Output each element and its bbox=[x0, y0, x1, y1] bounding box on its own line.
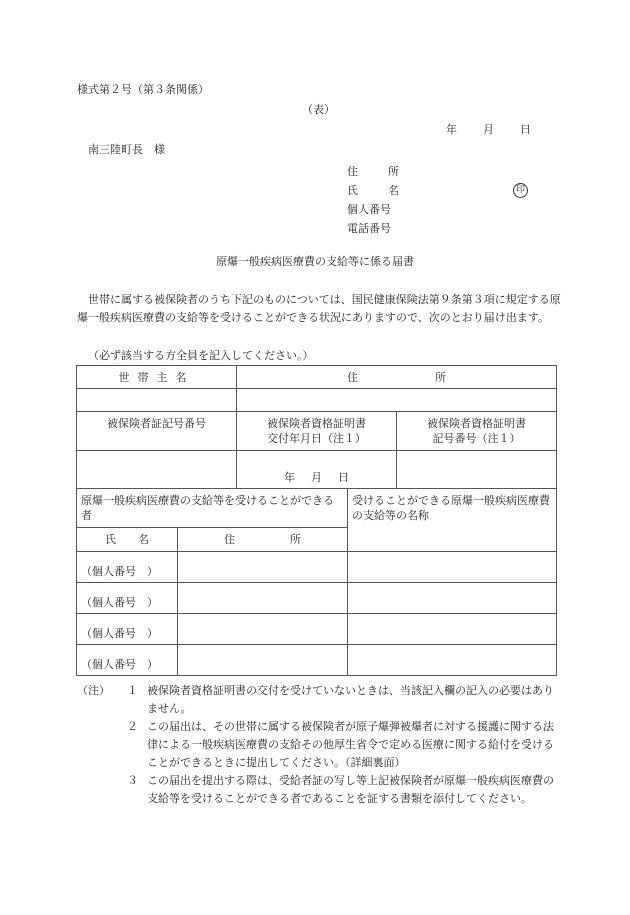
document-title: 原爆一般疾病医療費の支給等に係る届書 bbox=[0, 256, 630, 267]
form-number: 様式第２号（第３条関係） bbox=[77, 84, 209, 95]
person-name-header: 氏 名 bbox=[77, 528, 178, 552]
seal-icon: 印 bbox=[513, 183, 528, 198]
person-address-header: 住 所 bbox=[178, 528, 348, 552]
cert-number-header: 被保険者資格証明書記号番号（注１） bbox=[397, 412, 557, 451]
benefit-name-input[interactable] bbox=[348, 645, 557, 676]
submission-date: 年月日 bbox=[446, 124, 531, 135]
name-label: 氏名 bbox=[347, 185, 399, 196]
side-label: （表） bbox=[302, 104, 335, 115]
address-label: 住所 bbox=[347, 166, 399, 177]
person-name-input[interactable]: （個人番号 ） bbox=[77, 583, 178, 614]
personal-number-label: 個人番号 bbox=[347, 204, 399, 215]
cert-issue-date-header: 被保険者資格証明書交付年月日（注１） bbox=[237, 412, 397, 451]
person-name-input[interactable]: （個人番号 ） bbox=[77, 645, 178, 676]
addressee: 南三陸町長 様 bbox=[88, 144, 165, 155]
benefit-name-input[interactable] bbox=[348, 552, 557, 583]
person-address-input[interactable] bbox=[178, 552, 348, 583]
householder-address-input[interactable] bbox=[237, 389, 557, 412]
applicant-address-field[interactable]: 住所 bbox=[347, 162, 399, 181]
cert-number-input[interactable] bbox=[397, 451, 557, 489]
insured-card-number-input[interactable] bbox=[77, 451, 237, 489]
benefit-name-input[interactable] bbox=[348, 614, 557, 645]
phone-label: 電話番号 bbox=[347, 223, 399, 234]
date-month-label: 月 bbox=[483, 124, 520, 135]
person-address-input[interactable] bbox=[178, 614, 348, 645]
note-item: ３ この届出を提出する際は、受給者証の写し等上記被保険者が原爆一般疾病医療費の支… bbox=[77, 772, 561, 808]
eligible-persons-header: 原爆一般疾病医療費の支給等を受けることができる者 bbox=[77, 489, 348, 528]
person-address-input[interactable] bbox=[178, 645, 348, 676]
householder-name-input[interactable] bbox=[77, 389, 237, 412]
benefit-name-input[interactable] bbox=[348, 583, 557, 614]
person-address-input[interactable] bbox=[178, 583, 348, 614]
applicant-personal-number-field[interactable]: 個人番号 bbox=[347, 200, 399, 219]
note-item: （注） １ 被保険者資格証明書の交付を受けていないときは、当該記入欄の記入の必要… bbox=[77, 682, 561, 718]
notification-table: 世帯主名 住 所 被保険者証記号番号 被保険者資格証明書交付年月日（注１） 被保… bbox=[76, 365, 557, 676]
insured-card-number-header: 被保険者証記号番号 bbox=[77, 412, 237, 451]
date-day-label: 日 bbox=[520, 124, 531, 135]
notes-prefix: （注） bbox=[77, 682, 127, 718]
note-item: ２ この届出は、その世帯に属する被保険者が原子爆弾被爆者に対する援護に関する法律… bbox=[77, 718, 561, 772]
instruction-text: （必ず該当する方全員を記入してください。） bbox=[88, 350, 314, 361]
householder-address-header: 住 所 bbox=[237, 366, 557, 389]
applicant-phone-field[interactable]: 電話番号 bbox=[347, 219, 399, 238]
body-paragraph: 世帯に属する被保険者のうち下記のものについては、国民健康保険法第９条第３項に規定… bbox=[77, 291, 561, 326]
person-name-input[interactable]: （個人番号 ） bbox=[77, 552, 178, 583]
applicant-name-field[interactable]: 氏名 印 bbox=[347, 181, 399, 200]
cert-issue-date-input[interactable]: 年月日 bbox=[237, 451, 397, 489]
applicant-block: 住所 氏名 印 個人番号 電話番号 bbox=[347, 162, 399, 238]
person-name-input[interactable]: （個人番号 ） bbox=[77, 614, 178, 645]
benefit-name-header: 受けることができる原爆一般疾病医療費の支給等の名称 bbox=[348, 489, 557, 552]
date-year-label: 年 bbox=[446, 124, 483, 135]
householder-name-header: 世帯主名 bbox=[77, 366, 237, 389]
notes-section: （注） １ 被保険者資格証明書の交付を受けていないときは、当該記入欄の記入の必要… bbox=[77, 682, 561, 808]
